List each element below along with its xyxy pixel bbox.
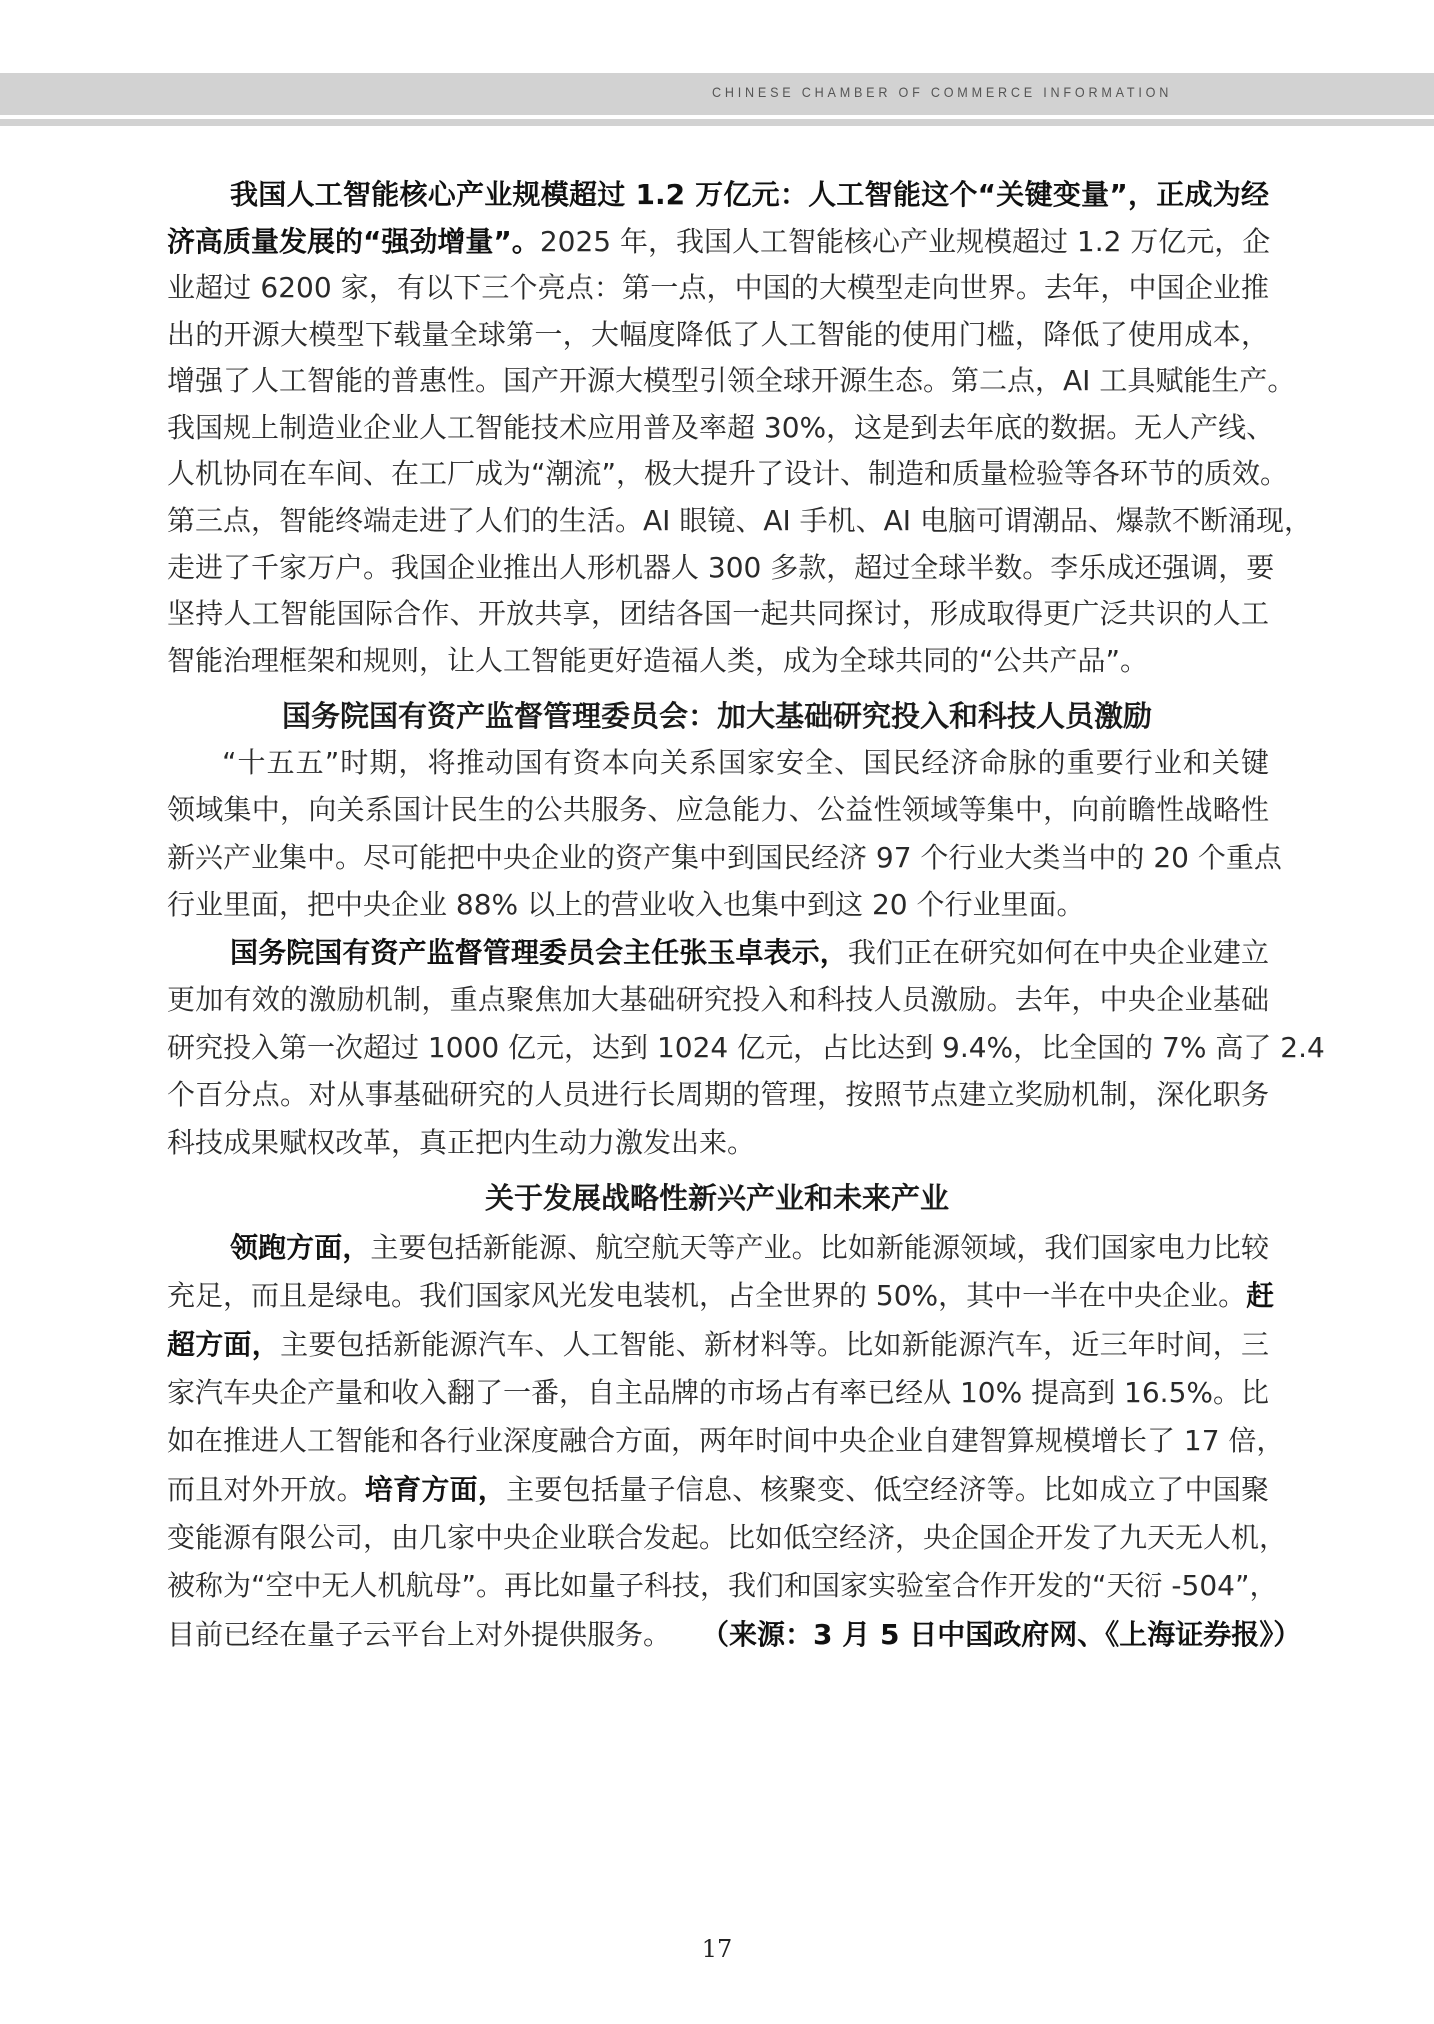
bold-lead: 领跑方面， xyxy=(230,1231,370,1264)
paragraph-line: 家汽车央企产量和收入翻了一番，自主品牌的市场占有率已经从 10% 提高到 16.… xyxy=(167,1375,1269,1411)
bold-lead: 我国人工智能核心产业规模超过 1.2 万亿元：人工智能这个“关键变量”，正成为经 xyxy=(230,178,1269,211)
section-heading: 国务院国有资产监督管理委员会：加大基础研究投入和科技人员激励 xyxy=(0,698,1434,734)
paragraph-line: 出的开源大模型下载量全球第一，大幅度降低了人工智能的使用门槛，降低了使用成本， xyxy=(167,317,1269,353)
paragraph-line: 增强了人工智能的普惠性。国产开源大模型引领全球开源生态。第二点，AI 工具赋能生… xyxy=(167,363,1269,399)
section-heading: 关于发展战略性新兴产业和未来产业 xyxy=(0,1180,1434,1216)
bold-lead: 超方面， xyxy=(167,1328,280,1361)
paragraph-line: 被称为“空中无人机航母”。再比如量子科技，我们和国家实验室合作开发的“天衍 -5… xyxy=(167,1568,1269,1604)
paragraph-line: 超方面，主要包括新能源汽车、人工智能、新材料等。比如新能源汽车，近三年时间，三 xyxy=(167,1327,1269,1363)
bold-lead: 赶 xyxy=(1246,1279,1274,1312)
paragraph-line: 研究投入第一次超过 1000 亿元，达到 1024 亿元，占比达到 9.4%，比… xyxy=(167,1030,1269,1066)
bold-lead: 济高质量发展的“强劲增量”。 xyxy=(167,225,540,258)
running-header-title: CHINESE CHAMBER OF COMMERCE INFORMATION xyxy=(712,84,1172,100)
source-citation: （来源：3 月 5 日中国政府网、《上海证券报》） xyxy=(701,1618,1301,1651)
paragraph-line: 变能源有限公司，由几家中央企业联合发起。比如低空经济，央企国企开发了九天无人机， xyxy=(167,1520,1269,1556)
paragraph-line: 如在推进人工智能和各行业深度融合方面，两年时间中央企业自建智算规模增长了 17 … xyxy=(167,1423,1269,1459)
paragraph-line: 走进了千家万户。我国企业推出人形机器人 300 多款，超过全球半数。李乐成还强调… xyxy=(167,550,1269,586)
paragraph-line: 我国规上制造业企业人工智能技术应用普及率超 30%，这是到去年底的数据。无人产线… xyxy=(167,410,1269,446)
paragraph-line: 目前已经在量子云平台上对外提供服务。（来源：3 月 5 日中国政府网、《上海证券… xyxy=(167,1617,1269,1653)
paragraph-line: 第三点，智能终端走进了人们的生活。AI 眼镜、AI 手机、AI 电脑可谓潮品、爆… xyxy=(167,503,1269,539)
paragraph-line: 人机协同在车间、在工厂成为“潮流”，极大提升了设计、制造和质量检验等各环节的质效… xyxy=(167,456,1269,492)
bold-lead: 国务院国有资产监督管理委员会主任张玉卓表示， xyxy=(230,936,848,969)
header-rule xyxy=(0,119,1434,126)
paragraph-line: 智能治理框架和规则，让人工智能更好造福人类，成为全球共同的“公共产品”。 xyxy=(167,643,1269,679)
paragraph-line: 领域集中，向关系国计民生的公共服务、应急能力、公益性领域等集中，向前瞻性战略性 xyxy=(167,792,1269,828)
paragraph-line: 行业里面，把中央企业 88% 以上的营业收入也集中到这 20 个行业里面。 xyxy=(167,887,1269,923)
paragraph-line: 充足，而且是绿电。我们国家风光发电装机，占全世界的 50%，其中一半在中央企业。… xyxy=(167,1278,1269,1314)
paragraph-line: 国务院国有资产监督管理委员会主任张玉卓表示，我们正在研究如何在中央企业建立 xyxy=(230,935,1269,971)
page-number: 17 xyxy=(0,1935,1434,1963)
paragraph-line: 我国人工智能核心产业规模超过 1.2 万亿元：人工智能这个“关键变量”，正成为经 xyxy=(230,177,1269,213)
paragraph-line: 更加有效的激励机制，重点聚焦加大基础研究投入和科技人员激励。去年，中央企业基础 xyxy=(167,982,1269,1018)
paragraph-line: 新兴产业集中。尽可能把中央企业的资产集中到国民经济 97 个行业大类当中的 20… xyxy=(167,840,1269,876)
paragraph-line: 坚持人工智能国际合作、开放共享，团结各国一起共同探讨，形成取得更广泛共识的人工 xyxy=(167,596,1269,632)
paragraph-line: 而且对外开放。培育方面，主要包括量子信息、核聚变、低空经济等。比如成立了中国聚 xyxy=(167,1472,1269,1508)
paragraph-line: 业超过 6200 家，有以下三个亮点：第一点，中国的大模型走向世界。去年，中国企… xyxy=(167,270,1269,306)
paragraph-line: “十五五”时期，将推动国有资本向关系国家安全、国民经济命脉的重要行业和关键 xyxy=(222,745,1269,781)
paragraph-line: 领跑方面，主要包括新能源、航空航天等产业。比如新能源领域，我们国家电力比较 xyxy=(230,1230,1269,1266)
paragraph-line: 个百分点。对从事基础研究的人员进行长周期的管理，按照节点建立奖励机制，深化职务 xyxy=(167,1077,1269,1113)
bold-lead: 培育方面， xyxy=(365,1473,506,1506)
paragraph-line: 济高质量发展的“强劲增量”。2025 年，我国人工智能核心产业规模超过 1.2 … xyxy=(167,224,1269,260)
paragraph-line: 科技成果赋权改革，真正把内生动力激发出来。 xyxy=(167,1125,1269,1161)
